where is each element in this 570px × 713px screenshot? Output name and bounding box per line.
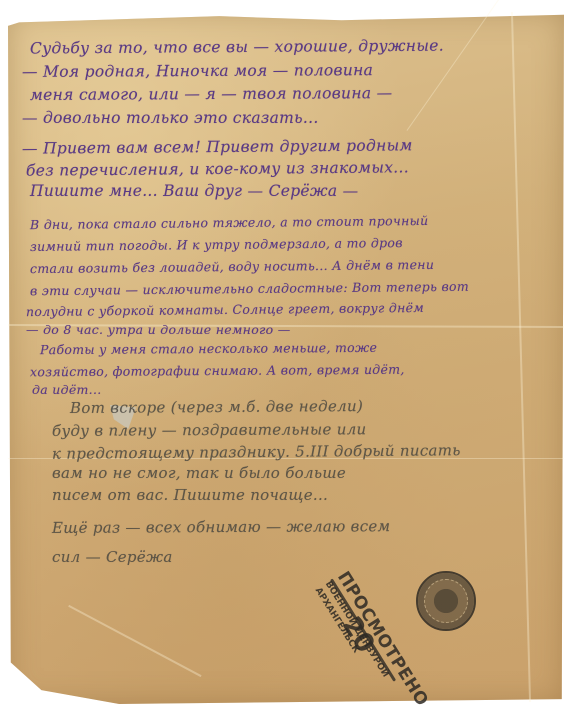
- text-line: да идёт...: [32, 382, 102, 397]
- text-line: к предстоящему празднику. 5.III добрый п…: [52, 441, 461, 463]
- text-line: — Моя родная, Ниночка моя — половина: [22, 61, 373, 81]
- text-line: без перечисления, и кое-кому из знакомых…: [26, 158, 409, 179]
- text-line: Пишите мне... Ваш друг — Серёжа —: [30, 182, 358, 200]
- document-view: Судьбу за то, что все вы — хорошие, друж…: [0, 0, 570, 713]
- text-line: Вот вскоре (через м.б. две недели): [70, 397, 363, 417]
- text-line: — Привет вам всем! Привет другим родным: [22, 136, 413, 157]
- text-line: буду в плену — поздравительные или: [52, 420, 367, 440]
- round-seal-inner-ring: [424, 579, 468, 623]
- text-line: Ещё раз — всех обнимаю — желаю всем: [52, 517, 390, 537]
- text-line: меня самого, или — я — твоя половина —: [30, 84, 392, 104]
- text-line: вам но не смог, так и было больше: [52, 464, 346, 482]
- text-line: — довольно только это сказать...: [22, 109, 319, 127]
- text-line: хозяйство, фотографии снимаю. А вот, вре…: [30, 362, 405, 380]
- round-seal-icon: [416, 571, 476, 631]
- text-line: писем от вас. Пишите почаще...: [52, 486, 328, 504]
- text-line: Работы у меня стало несколько меньше, то…: [40, 340, 377, 357]
- text-line: Судьбу за то, что все вы — хорошие, друж…: [30, 37, 444, 58]
- signature: сил — Серёжа: [52, 548, 173, 566]
- text-line: — до 8 час. утра и дольше немного —: [26, 322, 291, 337]
